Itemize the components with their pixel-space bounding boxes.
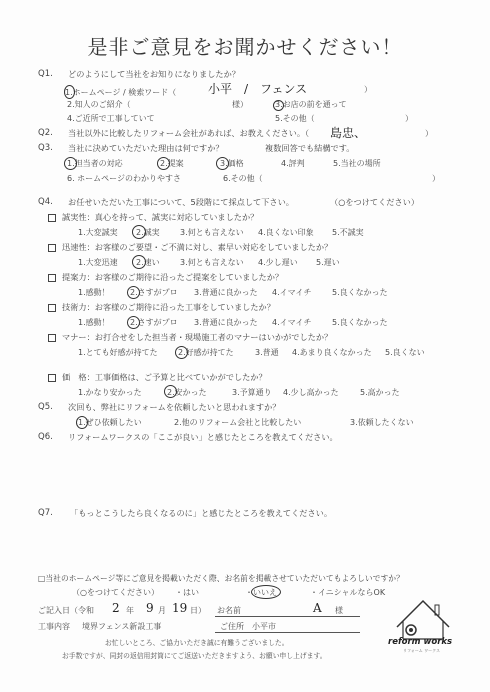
- name-value[interactable]: A: [313, 601, 322, 615]
- q3-option-6[interactable]: 6. ホームページのわかりやすさ: [67, 173, 181, 184]
- q1-option-1[interactable]: 1.ホームページ / 検索ワード（: [65, 84, 176, 98]
- q1-option-4[interactable]: 4.ご近所で工事していて: [67, 113, 155, 124]
- q4-question: お任せいただいた工事について、5段階にて採点して下さい。: [68, 197, 294, 208]
- rating-option[interactable]: 3.普通: [255, 347, 279, 358]
- rating-option[interactable]: 5.良くない: [385, 347, 425, 358]
- month-unit: 月: [158, 605, 166, 616]
- thanks-line-1: お忙しいところ、ご協力いただき誠に有難うございました。: [105, 637, 289, 647]
- checkbox-icon[interactable]: [48, 304, 56, 312]
- q1-question: どのようにして当社をお知りになりましたか？: [68, 69, 240, 80]
- rating-option[interactable]: 1.とても好感が持てた: [78, 347, 158, 358]
- q5-question: 次回も、弊社にリフォームを依頼したいと思われますか？: [68, 402, 280, 413]
- selection-circle-icon: [273, 100, 284, 111]
- rating-option[interactable]: 4.イマイチ: [272, 287, 311, 298]
- publish-note: （○をつけてください）: [72, 587, 159, 598]
- rating-option[interactable]: 4.少し高かった: [283, 387, 339, 398]
- q4-item-sincerity: 誠実性：真心を持って、誠実に対応していましたか？: [48, 212, 258, 223]
- work-value: 境界フェンス新設工事: [82, 621, 161, 632]
- logo-subtext: リフォーム ワークス: [403, 648, 440, 654]
- q3-option-4[interactable]: 4.評判: [281, 158, 305, 169]
- rating-option[interactable]: 5.不誠実: [332, 227, 364, 238]
- q1-option-3[interactable]: 3.お店の前を通って: [275, 99, 347, 110]
- q7-question: 「もっとこうしたら良くなるのに」と感じたところを教えてください。: [70, 508, 332, 519]
- rating-option[interactable]: 3.予算通り: [232, 387, 272, 398]
- logo-text: reform works: [388, 637, 452, 647]
- q6-number: Q6.: [38, 432, 53, 442]
- selection-circle-icon: [76, 416, 88, 429]
- rating-option[interactable]: 1.かなり安かった: [78, 387, 142, 398]
- rating-option[interactable]: 4.少し遅い: [258, 257, 298, 268]
- checkbox-icon[interactable]: [48, 334, 56, 342]
- thanks-line-2: お手数ですが、同封の返信用封筒にてご返送いただきますよう、お願い申し上げます。: [62, 650, 327, 660]
- rating-option[interactable]: 4.イマイチ: [272, 317, 311, 328]
- rating-option[interactable]: 4.良くない印象: [258, 227, 314, 238]
- q1-option-2-suffix: 様）: [232, 99, 248, 110]
- q4-note: （○をつけてください）: [330, 197, 419, 208]
- date-month[interactable]: 9: [146, 601, 154, 615]
- q5-number: Q5.: [38, 402, 53, 412]
- address-label: ご住所: [220, 621, 244, 632]
- q2-answer: 島忠、: [330, 124, 366, 141]
- rating-option[interactable]: 1.感動！: [78, 317, 110, 328]
- selection-circle-icon: [164, 385, 177, 398]
- page-title: 是非ご意見をお聞かせください！: [0, 31, 490, 60]
- date-year[interactable]: 2: [112, 601, 120, 615]
- q3-option-7[interactable]: 6.その他（: [223, 173, 263, 184]
- rating-option[interactable]: 1.感動！: [78, 287, 110, 298]
- rating-option[interactable]: 3.普通に良かった: [194, 317, 258, 328]
- q1-option-5[interactable]: 5.その他（: [275, 113, 315, 124]
- q2-number: Q2.: [38, 128, 53, 138]
- q1-number: Q1.: [38, 69, 53, 79]
- rating-option[interactable]: 1.大変誠実: [78, 227, 118, 238]
- rating-option[interactable]: 3.何とも言えない: [180, 227, 244, 238]
- checkbox-icon[interactable]: [48, 244, 56, 252]
- rating-option[interactable]: 5.高かった: [360, 387, 400, 398]
- date-label: ご記入日（令和: [38, 605, 94, 616]
- q1-option-2[interactable]: 2.知人のご紹介（: [67, 99, 131, 110]
- selection-circle-icon: [175, 346, 188, 359]
- date-day[interactable]: 19: [172, 601, 187, 615]
- selection-circle-icon: [127, 316, 140, 329]
- q4-item-technique: 技術力：お客様のご期待に沿った工事をしていましたか？: [48, 302, 275, 313]
- q4-item-proposal: 提案力：お客様のご期待に沿ったご提案をしていましたか？: [48, 272, 283, 283]
- rating-option[interactable]: 3.何とも言えない: [180, 257, 244, 268]
- q4-item-price: 価 格：工事価格は、ご予算と比べていかがでしたか？: [48, 372, 267, 383]
- publish-consent-question: □当社のホームページ等にご意見を掲載いただく際、お名前を掲載させていただいてもよ…: [38, 573, 404, 584]
- q4-item-manner: マナー：お打合せをした担当者・現場施工者のマナーはいかがでしたか？: [48, 332, 332, 343]
- selection-circle-icon: [157, 157, 170, 170]
- q3-note: 複数回答でも結構です。: [265, 143, 354, 154]
- q7-number: Q7.: [38, 508, 53, 518]
- name-underline: [215, 616, 360, 617]
- address-value[interactable]: 小平市: [252, 621, 276, 632]
- q3-close-paren: ）: [432, 173, 440, 184]
- work-label: 工事内容: [38, 621, 70, 632]
- selection-circle-icon: [132, 255, 146, 269]
- q3-option-5[interactable]: 5.当社の場所: [333, 158, 381, 169]
- q1-search-words: 小平 / フェンス: [208, 80, 307, 97]
- selection-circle-icon: [127, 286, 140, 299]
- year-unit: 年: [126, 605, 134, 616]
- q3-number: Q3.: [38, 143, 53, 153]
- checkbox-icon[interactable]: [48, 374, 56, 382]
- q4-number: Q4.: [38, 197, 53, 207]
- q1-close-paren: ）: [364, 84, 372, 95]
- q7-answer-area[interactable]: [68, 522, 448, 572]
- selection-circle-icon: [64, 157, 77, 170]
- q1-option-5-suffix: ）: [405, 113, 413, 124]
- address-underline: [215, 632, 360, 633]
- q5-option-3[interactable]: 3.依頼したくない: [350, 417, 414, 428]
- day-unit: 日）: [190, 605, 206, 616]
- selection-circle-icon: [132, 225, 146, 239]
- q6-question: リフォームワークスの「ここが良い」と感じたところを教えてください。: [68, 432, 338, 443]
- questionnaire-page: 是非ご意見をお聞かせください！ Q1. どのようにして当社をお知りになりましたか…: [0, 0, 490, 692]
- q6-answer-area[interactable]: [68, 446, 448, 502]
- name-suffix: 様: [335, 605, 343, 616]
- checkbox-icon[interactable]: [48, 214, 56, 222]
- q3-question: 当社に決めていただいた理由は何ですか？: [68, 143, 224, 154]
- rating-option[interactable]: 1.大変迅速: [78, 257, 118, 268]
- selection-circle-icon: [64, 85, 75, 99]
- rating-option[interactable]: 3.普通に良かった: [194, 287, 258, 298]
- q4-item-speed: 迅速性：お客様のご要望・ご不満に対し、素早い対応をしていましたか？: [48, 242, 332, 253]
- q5-option-2[interactable]: 2.他のリフォーム会社と比較したい: [174, 417, 301, 428]
- q2-question: 当社以外に比較したリフォーム会社があれば、お教えください。（: [68, 128, 309, 139]
- q2-close-paren: ）: [425, 128, 433, 139]
- publish-option-initial[interactable]: ・イニシャルならOK: [310, 587, 385, 598]
- rating-option[interactable]: 5.良くなかった: [332, 317, 388, 328]
- name-label: お名前: [217, 605, 241, 616]
- rating-option[interactable]: 5.遅い: [316, 257, 340, 268]
- publish-option-yes[interactable]: ・はい: [175, 587, 199, 598]
- selection-circle-icon: [216, 157, 229, 170]
- rating-option[interactable]: 5.良くなかった: [332, 287, 388, 298]
- checkbox-icon[interactable]: [48, 274, 56, 282]
- selection-circle-icon: [251, 585, 281, 599]
- rating-option[interactable]: 4.あまり良くなかった: [292, 347, 372, 358]
